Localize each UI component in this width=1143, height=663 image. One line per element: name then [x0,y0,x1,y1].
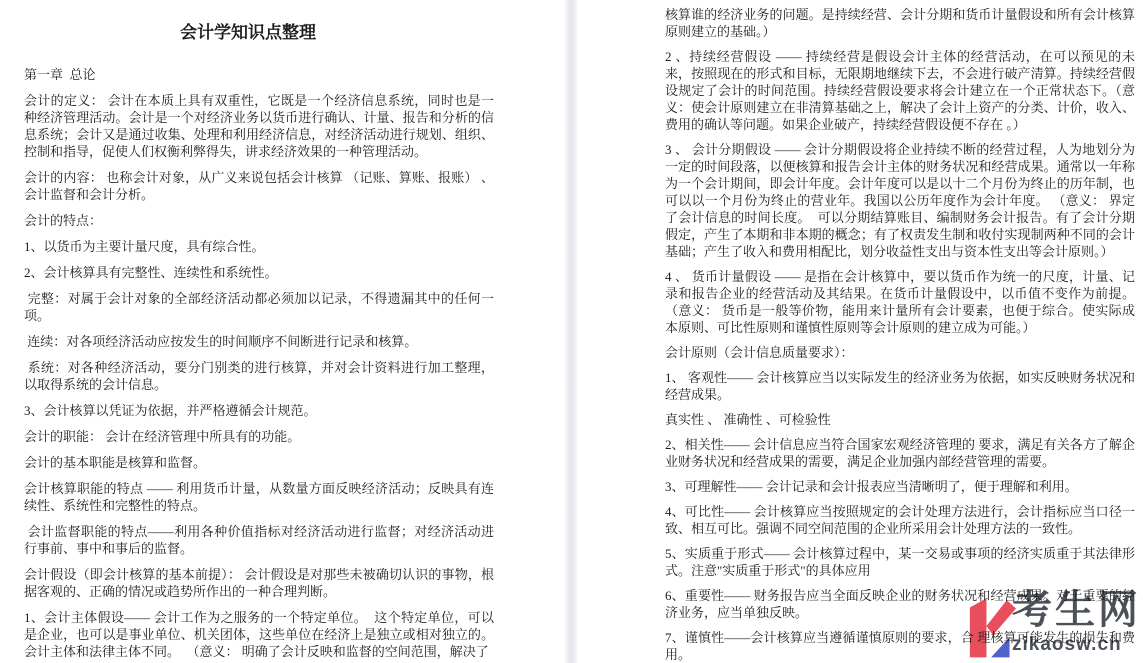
paragraph: 会计原则（会计信息质量要求）： [665,344,1135,361]
paragraph: 完整：对属于会计对象的全部经济活动都必须加以记录，不得遗漏其中的任何一项。 [24,290,494,324]
paragraph: 会计的特点： [24,212,494,229]
paragraph: 3、可理解性—— 会计记录和会计报表应当清晰明了，便于理解和利用。 [665,478,1135,495]
chapter-heading: 第一章 总论 [24,66,494,83]
paragraph: 会计核算职能的特点 —— 利用货币计量，从数量方面反映经济活动；反映具有连续性、… [24,480,494,514]
paragraph: 会计的职能： 会计在经济管理中所具有的功能。 [24,428,494,445]
document-title: 会计学知识点整理 [0,18,496,43]
paragraph: 5、实质重于形式—— 会计核算过程中，某一交易或事项的经济实质重于其法律形式。注… [665,545,1135,579]
page-gutter [564,0,578,663]
paragraph: 系统：对各种经济活动，要分门别类的进行核算，并对会计资料进行加工整理，以取得系统… [24,359,494,393]
paragraph: 4、可比性—— 会计核算应当按照规定的会计处理方法进行，会计指标应当口径一致、相… [665,503,1135,537]
paragraph: 会计的内容： 也称会计对象，从广义来说包括会计核算 （记账、算账、报账） 、会计… [24,169,494,203]
paragraph: 1、 客观性—— 会计核算应当以实际发生的经济业务为依据，如实反映财务状况和经营… [665,369,1135,403]
paragraph: 核算谁的经济业务的问题。是持续经营、会计分期和货币计量假设和所有会计核算原则建立… [665,6,1135,40]
paragraph: 会计假设（即会计核算的基本前提）： 会计假设是对那些未被确切认识的事物，根据客观… [24,566,494,600]
paragraph: 7、谨慎性——会计核算应当遵循谨慎原则的要求，合 理核算可能发生的损失和费用。 [665,629,1135,663]
page-right: 核算谁的经济业务的问题。是持续经营、会计分期和货币计量假设和所有会计核算原则建立… [665,6,1135,663]
document-viewer: 会计学知识点整理 第一章 总论 会计的定义： 会计在本质上具有双重性，它既是一个… [0,0,1143,663]
paragraph: 会计的基本职能是核算和监督。 [24,454,494,471]
paragraph: 连续：对各项经济活动应按发生的时间顺序不间断进行记录和核算。 [24,333,494,350]
paragraph: 真实性 、 准确性 、可检验性 [665,411,1135,428]
paragraph: 2、相关性—— 会计信息应当符合国家宏观经济管理的 要求，满足有关各方了解企业财… [665,436,1135,470]
paragraph: 2、会计核算具有完整性、连续性和系统性。 [24,264,494,281]
paragraph: 6、重要性—— 财务报告应当全面反映企业的财务状况和经营成果。对于重要的经济业务… [665,587,1135,621]
paragraph: 1、会计主体假设—— 会计工作为之服务的一个特定单位。 这个特定单位，可以是企业… [24,609,494,660]
paragraph: 会计监督职能的特点——利用各种价值指标对经济活动进行监督；对经济活动进行事前、事… [24,523,494,557]
paragraph: 会计的定义： 会计在本质上具有双重性，它既是一个经济信息系统，同时也是一种经济管… [24,92,494,160]
paragraph: 3 、 会计分期假设 —— 会计分期假设将企业持续不断的经营过程，人为地划分为一… [665,141,1135,260]
paragraph: 1、以货币为主要计量尺度，具有综合性。 [24,238,494,255]
paragraph: 2 、持续经营假设 —— 持续经营是假设会计主体的经营活动，在可以预见的未来，按… [665,48,1135,133]
paragraph: 3、会计核算以凭证为依据，并严格遵循会计规范。 [24,402,494,419]
paragraph: 4 、 货币计量假设 —— 是指在会计核算中，要以货币作为统一的尺度，计量、记录… [665,268,1135,336]
page-left: 第一章 总论 会计的定义： 会计在本质上具有双重性，它既是一个经济信息系统，同时… [24,66,494,663]
